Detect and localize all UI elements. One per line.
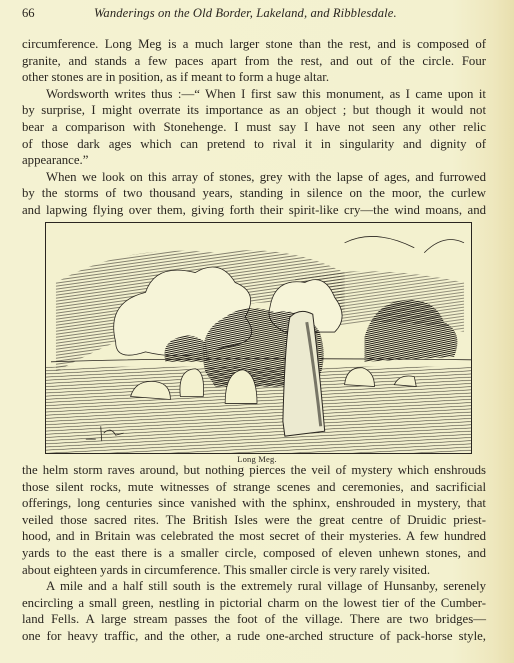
- text-line: When we look on this array of stones, gr…: [22, 169, 486, 186]
- text-line: veiled those sacred rites. The British I…: [22, 512, 486, 529]
- text-line: A mile and a half still south is the ext…: [22, 578, 486, 595]
- text-line: about eighteen yards in circumference. T…: [22, 562, 486, 579]
- page-header: 66 Wanderings on the Old Border, Lakelan…: [22, 6, 482, 24]
- book-page: 66 Wanderings on the Old Border, Lakelan…: [0, 0, 514, 663]
- text-line: by surprise, I might overrate its import…: [22, 102, 486, 119]
- text-line: other stones are in position, as if mean…: [22, 69, 486, 86]
- running-title: Wanderings on the Old Border, Lakeland, …: [94, 6, 397, 21]
- text-line: by the storms of two thousand years, sta…: [22, 185, 486, 202]
- text-line: and lapwing flying over them, giving for…: [22, 202, 486, 219]
- text-line: Wordsworth writes thus :—“ When I first …: [22, 86, 486, 103]
- body-text-upper: circumference. Long Meg is a much larger…: [22, 36, 486, 219]
- text-line: bear a comparison with Stonehenge. I mus…: [22, 119, 486, 136]
- text-line: offerings, long centuries since vanished…: [22, 495, 486, 512]
- body-text-lower: the helm storm raves around, but nothing…: [22, 462, 486, 645]
- text-line: those silent rocks, mute witnesses of st…: [22, 479, 486, 496]
- illustration-long-meg: [45, 222, 472, 454]
- text-line: the helm storm raves around, but nothing…: [22, 462, 486, 479]
- text-line: of those dark ages which can pretend to …: [22, 136, 486, 153]
- text-line: circumference. Long Meg is a much larger…: [22, 36, 486, 53]
- illustration-drawing: [46, 223, 471, 453]
- text-line: yards to the east there is a smaller cir…: [22, 545, 486, 562]
- text-line: land Fells. A large stream passes the fo…: [22, 611, 486, 628]
- text-line: encircling a small green, nestling in pi…: [22, 595, 486, 612]
- text-line: hood, and in Britain was celebrated the …: [22, 528, 486, 545]
- text-line: appearance.”: [22, 152, 486, 169]
- text-line: granite, and stands a few paces apart fr…: [22, 53, 486, 70]
- text-line: one for heavy traffic, and the other, a …: [22, 628, 486, 645]
- page-number: 66: [22, 6, 35, 21]
